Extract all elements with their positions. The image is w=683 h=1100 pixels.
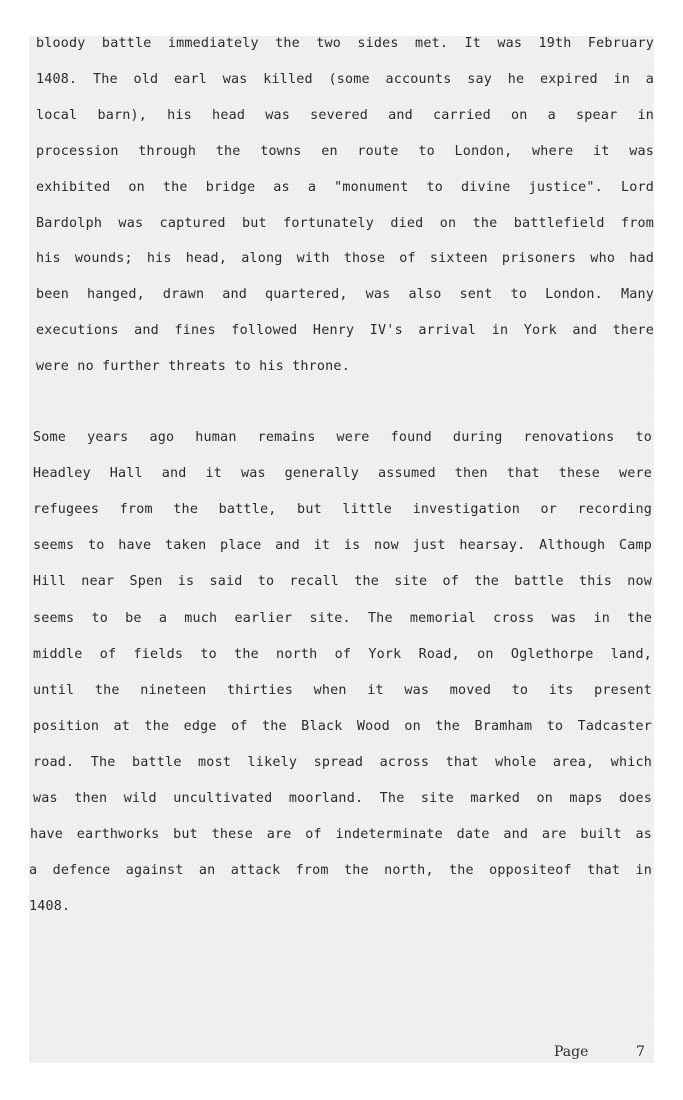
- text-line: was then wild uncultivated moorland. The…: [33, 789, 652, 809]
- text-line: his wounds; his head, along with those o…: [36, 249, 654, 269]
- text-line: seems to be a much earlier site. The mem…: [33, 609, 652, 629]
- text-line: executions and fines followed Henry IV's…: [36, 321, 654, 341]
- text-line: middle of fields to the north of York Ro…: [33, 645, 652, 665]
- text-line: procession through the towns en route to…: [36, 142, 654, 162]
- text-line: Hill near Spen is said to recall the sit…: [33, 572, 652, 592]
- text-line: 1408.: [29, 897, 652, 917]
- text-line: exhibited on the bridge as a "monument t…: [36, 178, 654, 198]
- text-line: position at the edge of the Black Wood o…: [33, 717, 652, 737]
- text-line: Some years ago human remains were found …: [33, 428, 652, 448]
- text-line: been hanged, drawn and quartered, was al…: [36, 285, 654, 305]
- text-line: refugees from the battle, but little inv…: [33, 500, 652, 520]
- page-number: 7: [636, 1044, 645, 1060]
- text-line: until the nineteen thirties when it was …: [33, 681, 652, 701]
- text-line: Bardolph was captured but fortunately di…: [36, 214, 654, 234]
- text-line: road. The battle most likely spread acro…: [33, 753, 652, 773]
- page-label: Page: [554, 1044, 588, 1060]
- text-line: were no further threats to his throne.: [36, 357, 654, 377]
- text-line: local barn), his head was severed and ca…: [36, 106, 654, 126]
- text-line: seems to have taken place and it is now …: [33, 536, 652, 556]
- text-line: 1408. The old earl was killed (some acco…: [36, 70, 654, 90]
- text-line: have earthworks but these are of indeter…: [30, 825, 652, 845]
- text-line: Headley Hall and it was generally assume…: [33, 464, 652, 484]
- text-line: bloody battle immediately the two sides …: [36, 34, 654, 54]
- text-line: a defence against an attack from the nor…: [29, 861, 652, 881]
